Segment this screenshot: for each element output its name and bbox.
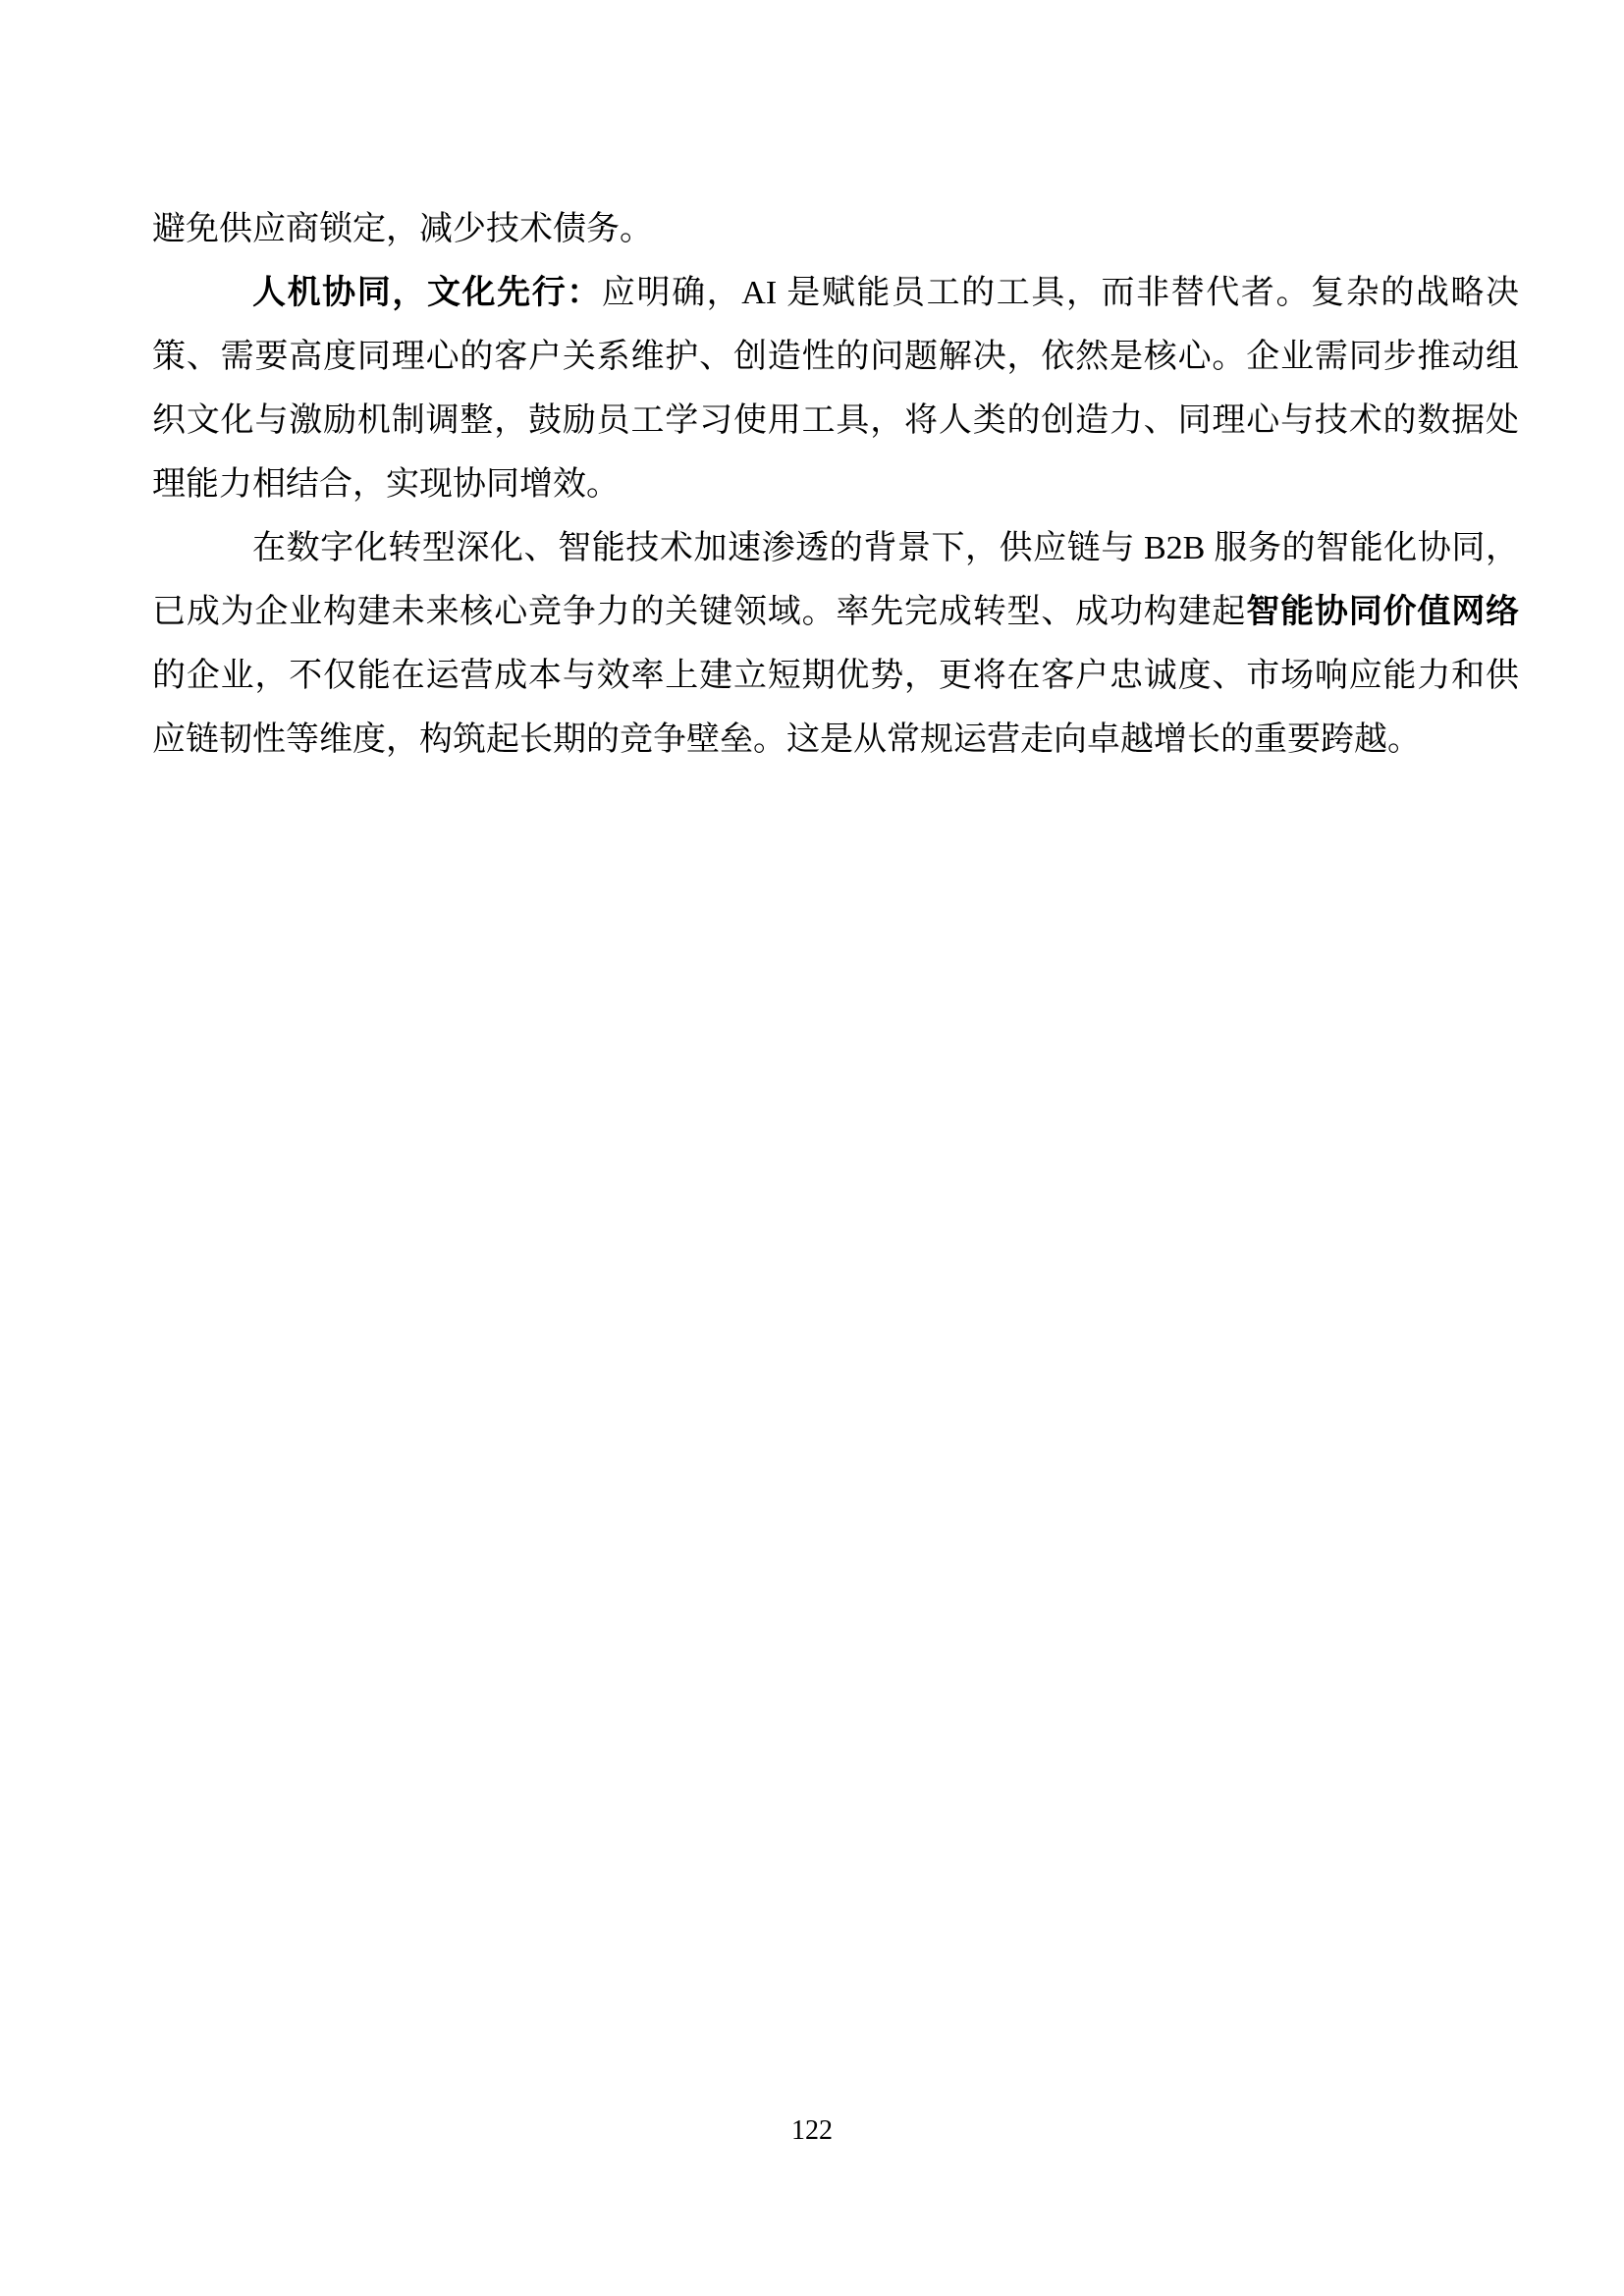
paragraph-conclusion: 在数字化转型深化、智能技术加速渗透的背景下，供应链与 B2B 服务的智能化协同，… [152,516,1519,772]
paragraph-continuation: 避免供应商锁定，减少技术债务。 [152,197,1519,261]
text-run: 避免供应商锁定，减少技术债务。 [152,211,653,247]
paragraph-human-machine-collaboration: 人机协同，文化先行：应明确，AI 是赋能员工的工具，而非替代者。复杂的战略决策、… [152,261,1519,516]
text-run-bold-lead: 人机协同，文化先行： [252,275,602,311]
page-number: 122 [0,2114,1624,2148]
text-run-bold-keyword: 智能协同价值网络 [1246,594,1519,630]
text-run: 的企业，不仅能在运营成本与效率上建立短期优势，更将在客户忠诚度、市场响应能力和供… [152,658,1519,758]
document-page: 避免供应商锁定，减少技术债务。 人机协同，文化先行：应明确，AI 是赋能员工的工… [0,0,1624,2296]
page-body-text: 避免供应商锁定，减少技术债务。 人机协同，文化先行：应明确，AI 是赋能员工的工… [152,197,1519,772]
